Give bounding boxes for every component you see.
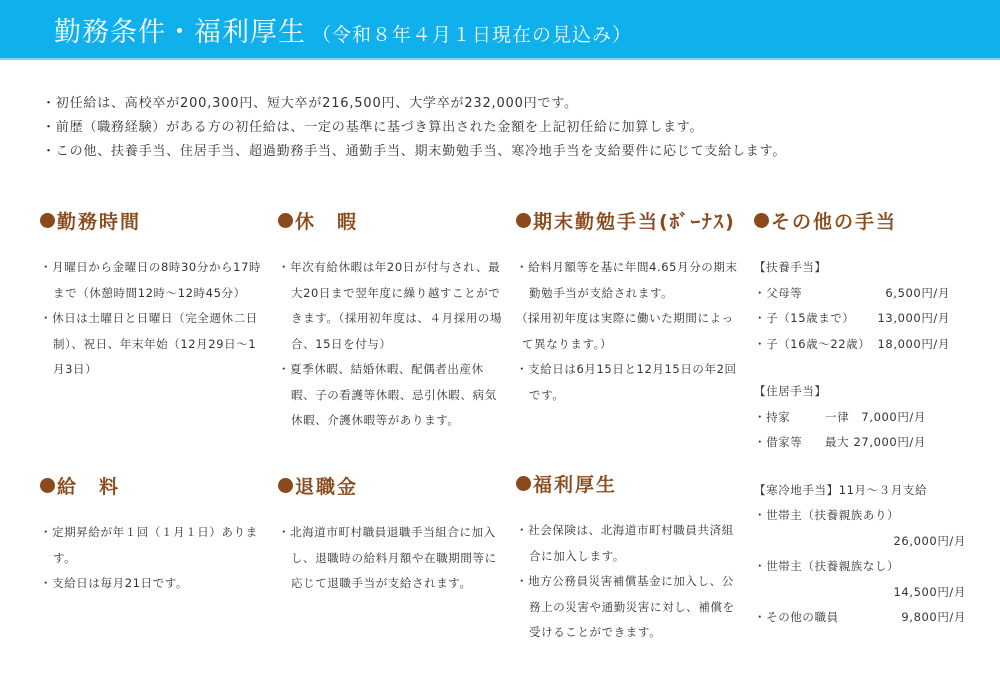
title-subtitle: （令和８年４月１日現在の見込み） bbox=[312, 24, 632, 46]
section-heading: 勤務時間 bbox=[40, 207, 265, 233]
allowance-name: ・持家 bbox=[754, 405, 790, 431]
heading-text: 給 料 bbox=[57, 472, 120, 499]
list-item: ・支給日は6月15日と12月15日の年2回です。 bbox=[516, 357, 741, 408]
allowance-name: ・父母等 bbox=[754, 281, 802, 307]
allowance-name: ・世帯主（扶養親族あり） bbox=[754, 503, 984, 529]
allowance-row: ・借家等 最大 27,000円/月 bbox=[754, 430, 926, 456]
section-body: ・給料月額等を基に年間4.65月分の期末勤勉手当が支給されます。 （採用初年度は… bbox=[516, 255, 741, 408]
list-item: ・休日は土曜日と日曜日（完全週休二日制）、祝日、年末年始（12月29日～1月3日… bbox=[40, 306, 265, 383]
allowance-amount: 18,000円/月 bbox=[877, 332, 950, 358]
section-heading: 退職金 bbox=[278, 472, 506, 498]
section-heading: 給 料 bbox=[40, 472, 265, 498]
allowance-name: ・世帯主（扶養親族なし） bbox=[754, 554, 984, 580]
allowance-amount: 一律 7,000円/月 bbox=[825, 405, 926, 431]
section-heading: 休 暇 bbox=[278, 207, 506, 233]
housing-allowance-label: 【住居手当】 bbox=[754, 379, 984, 405]
spacer bbox=[754, 357, 984, 379]
heading-text: その他の手当 bbox=[771, 207, 897, 234]
heading-text: 期末勤勉手当(ﾎﾞｰﾅｽ) bbox=[533, 207, 736, 234]
intro-starting-salary: ・初任給は、高校卒が200,300円、短大卒が216,500円、大学卒が232,… bbox=[42, 92, 942, 116]
allowance-amount: 14,500円/月 bbox=[754, 580, 966, 606]
allowance-amount: 9,800円/月 bbox=[901, 605, 966, 631]
allowance-amount: 6,500円/月 bbox=[885, 281, 950, 307]
allowance-row: ・父母等 6,500円/月 bbox=[754, 281, 950, 307]
spacer bbox=[754, 456, 984, 478]
bullet-dot-icon bbox=[516, 213, 531, 228]
allowance-row: ・子（16歳～22歳） 18,000円/月 bbox=[754, 332, 950, 358]
section-body: ・月曜日から金曜日の8時30分から17時まで（休憩時間12時～12時45分） ・… bbox=[40, 255, 265, 383]
section-salary: 給 料 ・定期昇給が年１回（１月１日）あります。 ・支給日は毎月21日です。 bbox=[40, 472, 265, 597]
bullet-dot-icon bbox=[278, 478, 293, 493]
bullet-dot-icon bbox=[516, 476, 531, 491]
allowance-row: ・子（15歳まで） 13,000円/月 bbox=[754, 306, 950, 332]
allowance-name: ・子（16歳～22歳） bbox=[754, 332, 870, 358]
dependent-allowance-label: 【扶養手当】 bbox=[754, 255, 984, 281]
list-item: ・地方公務員災害補償基金に加入し、公務上の災害や通勤災害に対し、補償を受けること… bbox=[516, 569, 744, 646]
title-main: 勤務条件・福利厚生 bbox=[54, 17, 306, 48]
list-item: ・夏季休暇、結婚休暇、配偶者出産休暇、子の看護等休暇、忌引休暇、病気休暇、介護休… bbox=[278, 357, 506, 434]
intro-notes: ・初任給は、高校卒が200,300円、短大卒が216,500円、大学卒が232,… bbox=[42, 92, 942, 164]
allowance-name: ・その他の職員 bbox=[754, 605, 839, 631]
section-work-hours: 勤務時間 ・月曜日から金曜日の8時30分から17時まで（休憩時間12時～12時4… bbox=[40, 207, 265, 383]
allowance-name: ・子（15歳まで） bbox=[754, 306, 855, 332]
list-item: （採用初年度は実際に働いた期間によって異なります。） bbox=[516, 306, 741, 357]
allowance-row: ・その他の職員 9,800円/月 bbox=[754, 605, 966, 631]
section-body: ・北海道市町村職員退職手当組合に加入し、退職時の給料月額や在職期間等に応じて退職… bbox=[278, 520, 506, 597]
section-body: ・年次有給休暇は年20日が付与され、最大20日まで翌年度に繰り越すことができます… bbox=[278, 255, 506, 434]
bullet-dot-icon bbox=[278, 213, 293, 228]
list-item: ・社会保険は、北海道市町村職員共済組合に加入します。 bbox=[516, 518, 744, 569]
section-body: ・定期昇給が年１回（１月１日）あります。 ・支給日は毎月21日です。 bbox=[40, 520, 265, 597]
page-header: 勤務条件・福利厚生（令和８年４月１日現在の見込み） bbox=[0, 0, 1000, 60]
list-item: ・定期昇給が年１回（１月１日）あります。 bbox=[40, 520, 265, 571]
heading-text: 退職金 bbox=[295, 472, 358, 499]
section-bonus: 期末勤勉手当(ﾎﾞｰﾅｽ) ・給料月額等を基に年間4.65月分の期末勤勉手当が支… bbox=[516, 207, 741, 408]
allowance-row: ・持家 一律 7,000円/月 bbox=[754, 405, 926, 431]
intro-experience: ・前歴（職務経験）がある方の初任給は、一定の基準に基づき算出された金額を上記初任… bbox=[42, 116, 942, 140]
section-heading: 期末勤勉手当(ﾎﾞｰﾅｽ) bbox=[516, 207, 741, 233]
list-item: ・年次有給休暇は年20日が付与され、最大20日まで翌年度に繰り越すことができます… bbox=[278, 255, 506, 357]
section-heading: その他の手当 bbox=[754, 207, 984, 233]
section-welfare: 福利厚生 ・社会保険は、北海道市町村職員共済組合に加入します。 ・地方公務員災害… bbox=[516, 470, 744, 646]
allowance-amount: 26,000円/月 bbox=[754, 529, 966, 555]
allowance-amount: 13,000円/月 bbox=[877, 306, 950, 332]
heading-text: 勤務時間 bbox=[57, 207, 141, 234]
section-heading: 福利厚生 bbox=[516, 470, 744, 496]
bullet-dot-icon bbox=[40, 478, 55, 493]
list-item: ・給料月額等を基に年間4.65月分の期末勤勉手当が支給されます。 bbox=[516, 255, 741, 306]
list-item: ・北海道市町村職員退職手当組合に加入し、退職時の給料月額や在職期間等に応じて退職… bbox=[278, 520, 506, 597]
intro-allowances: ・この他、扶養手当、住居手当、超過勤務手当、通勤手当、期末勤勉手当、寒冷地手当を… bbox=[42, 140, 942, 164]
allowance-amount: 最大 27,000円/月 bbox=[825, 430, 926, 456]
bullet-dot-icon bbox=[754, 213, 769, 228]
heading-text: 福利厚生 bbox=[533, 470, 617, 497]
list-item: ・支給日は毎月21日です。 bbox=[40, 571, 265, 597]
cold-allowance-label: 【寒冷地手当】11月～３月支給 bbox=[754, 478, 984, 504]
section-body: 【扶養手当】 ・父母等 6,500円/月 ・子（15歳まで） 13,000円/月… bbox=[754, 255, 984, 631]
section-other-allowances: その他の手当 【扶養手当】 ・父母等 6,500円/月 ・子（15歳まで） 13… bbox=[754, 207, 984, 631]
list-item: ・月曜日から金曜日の8時30分から17時まで（休憩時間12時～12時45分） bbox=[40, 255, 265, 306]
section-leave: 休 暇 ・年次有給休暇は年20日が付与され、最大20日まで翌年度に繰り越すことが… bbox=[278, 207, 506, 434]
section-retirement: 退職金 ・北海道市町村職員退職手当組合に加入し、退職時の給料月額や在職期間等に応… bbox=[278, 472, 506, 597]
bullet-dot-icon bbox=[40, 213, 55, 228]
allowance-name: ・借家等 bbox=[754, 430, 802, 456]
page-title: 勤務条件・福利厚生（令和８年４月１日現在の見込み） bbox=[54, 10, 632, 49]
section-body: ・社会保険は、北海道市町村職員共済組合に加入します。 ・地方公務員災害補償基金に… bbox=[516, 518, 744, 646]
heading-text: 休 暇 bbox=[295, 207, 358, 234]
